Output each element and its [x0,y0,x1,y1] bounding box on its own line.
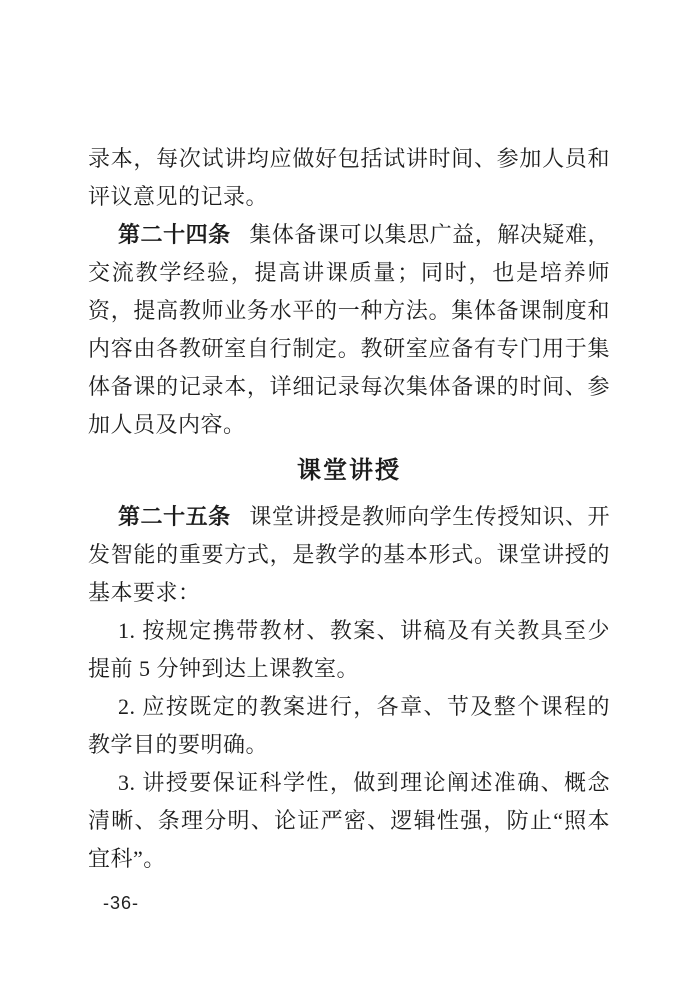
document-body: 录本，每次试讲均应做好包括试讲时间、参加人员和评议意见的记录。 第二十四条集体备… [88,140,610,878]
paragraph-article-24: 第二十四条集体备课可以集思广益，解决疑难，交流教学经验，提高讲课质量；同时，也是… [88,216,610,444]
list-item-3: 3. 讲授要保证科学性，做到理论阐述准确、概念清晰、条理分明、论证严密、逻辑性强… [88,764,610,878]
section-heading: 课堂讲授 [88,452,610,490]
list-item-2: 2. 应按既定的教案进行，各章、节及整个课程的教学目的要明确。 [88,688,610,764]
list-item-1: 1. 按规定携带教材、教案、讲稿及有关教具至少提前 5 分钟到达上课教室。 [88,612,610,688]
paragraph-article-25: 第二十五条课堂讲授是教师向学生传授知识、开发智能的重要方式，是教学的基本形式。课… [88,498,610,612]
article-25-label: 第二十五条 [118,504,231,529]
paragraph-continuation: 录本，每次试讲均应做好包括试讲时间、参加人员和评议意见的记录。 [88,140,610,216]
page-number: -36- [103,893,139,914]
article-24-label: 第二十四条 [118,222,231,247]
article-24-text: 集体备课可以集思广益，解决疑难，交流教学经验，提高讲课质量；同时，也是培养师资，… [88,222,610,437]
document-page: 录本，每次试讲均应做好包括试讲时间、参加人员和评议意见的记录。 第二十四条集体备… [0,0,695,982]
